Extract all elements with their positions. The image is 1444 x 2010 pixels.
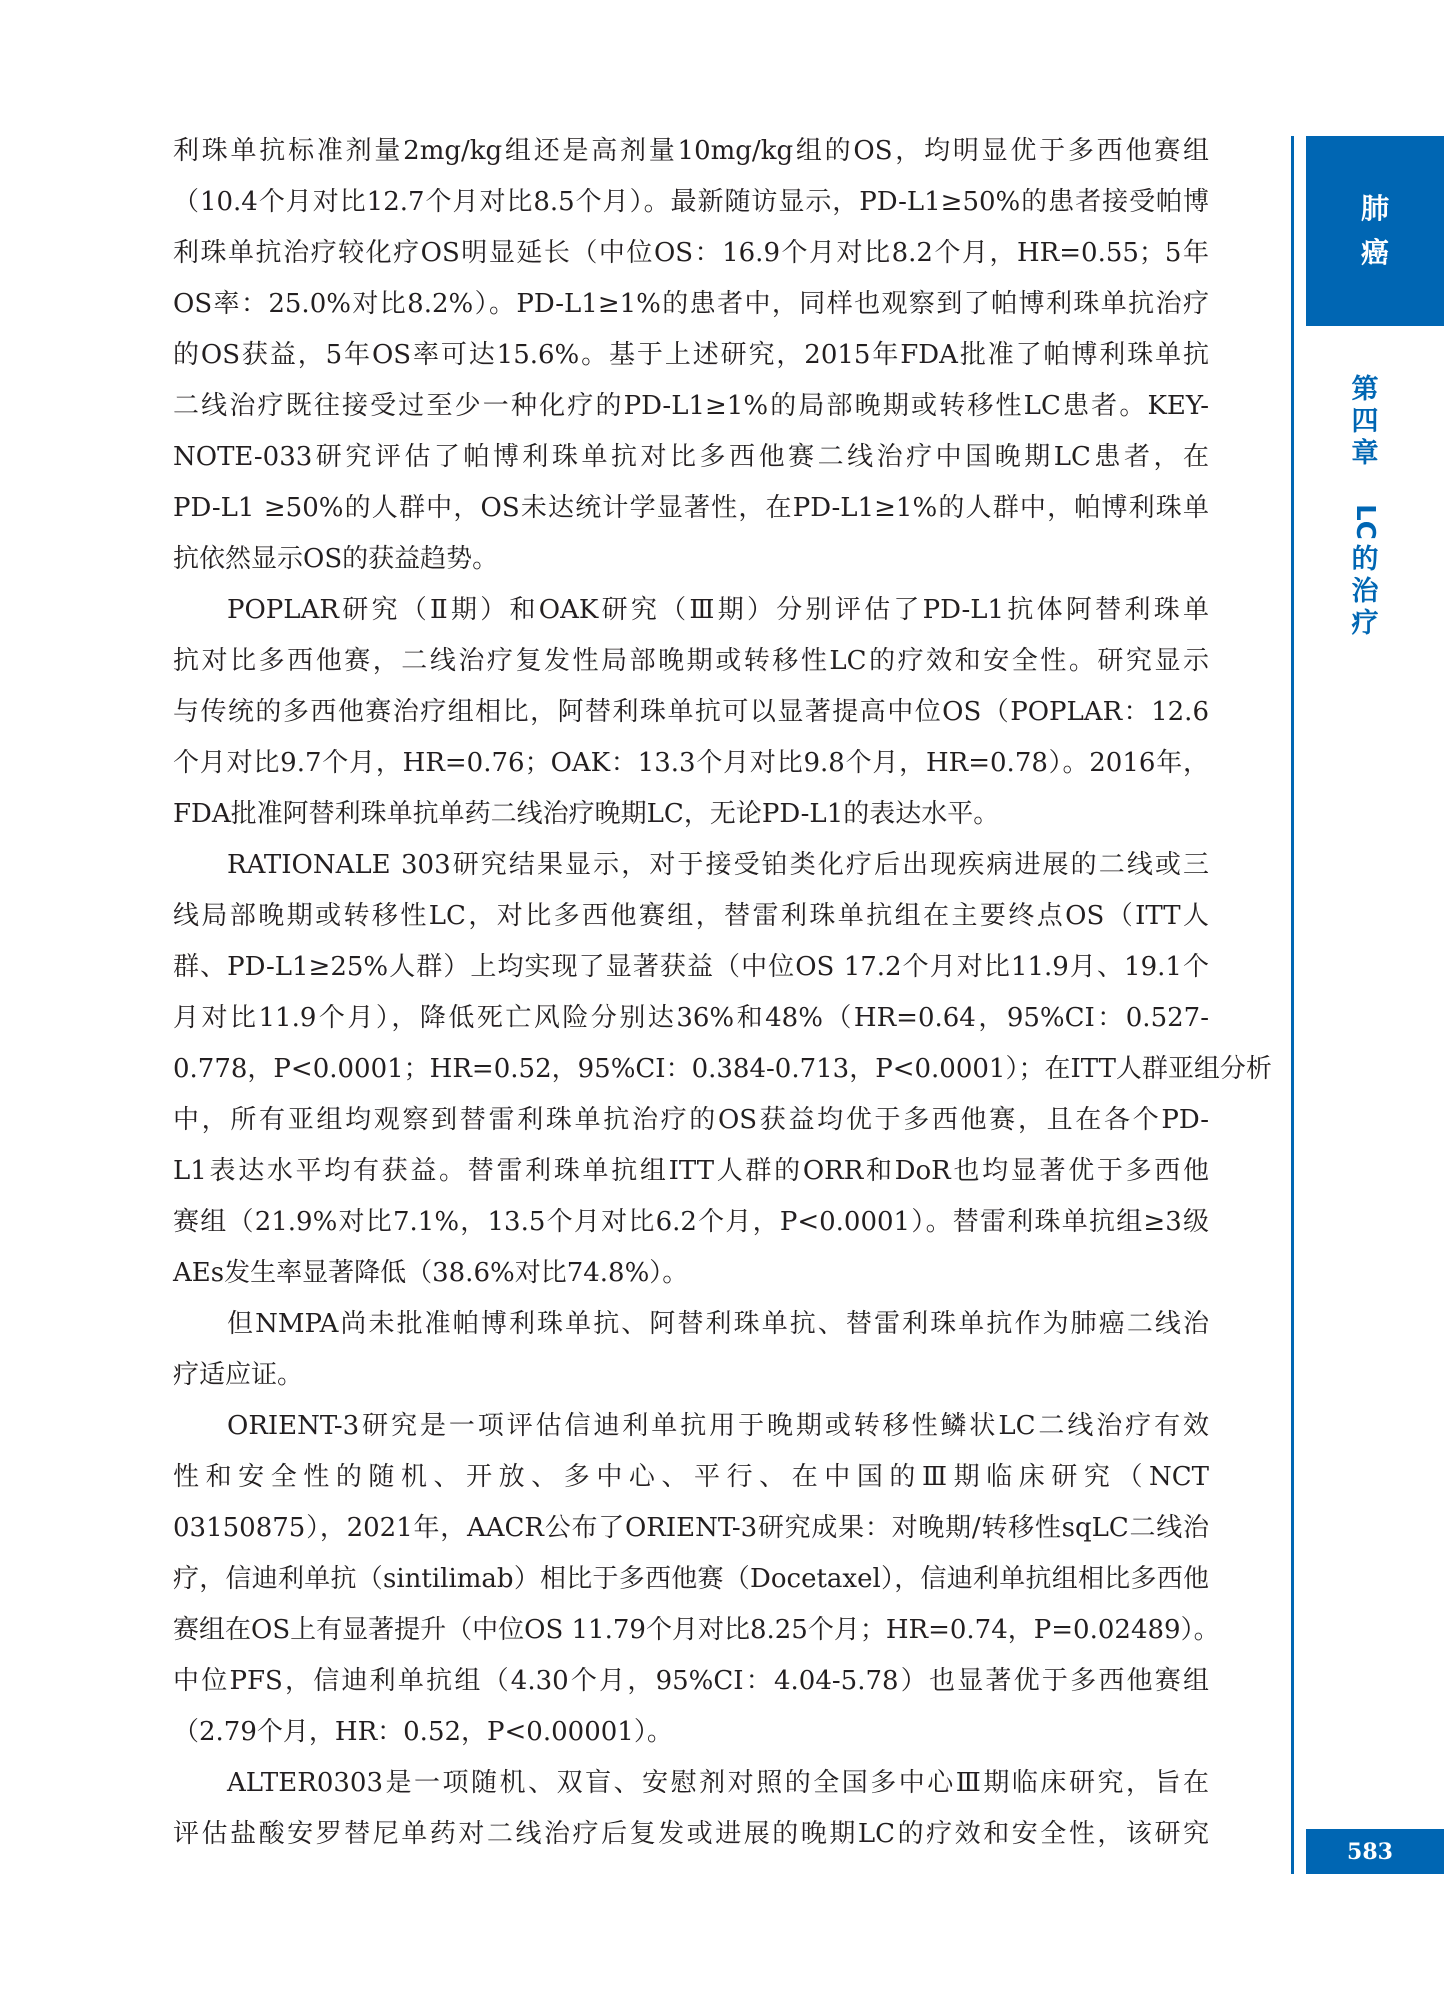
book-title-char: 肺: [1361, 187, 1389, 231]
text-line: OS率：25.0%对比8.2%）。PD-L1≥1%的患者中，同样也观察到了帕博利…: [173, 279, 1209, 330]
chapter-title-char: 治: [1352, 576, 1379, 608]
text-line: L1表达水平均有获益。替雷利珠单抗组ITT人群的ORR和DoR也均显著优于多西他: [173, 1146, 1209, 1197]
text-line: NOTE-033研究评估了帕博利珠单抗对比多西他赛二线治疗中国晚期LC患者，在: [173, 432, 1209, 483]
book-page: 利珠单抗标准剂量2mg/kg组还是高剂量10mg/kg组的OS，均明显优于多西他…: [0, 0, 1444, 2010]
text-line: 利珠单抗标准剂量2mg/kg组还是高剂量10mg/kg组的OS，均明显优于多西他…: [173, 126, 1209, 177]
text-line: 0.778，P<0.0001；HR=0.52，95%CI：0.384-0.713…: [173, 1044, 1209, 1095]
text-line: 疗，信迪利单抗（sintilimab）相比于多西他赛（Docetaxel），信迪…: [173, 1554, 1209, 1605]
chapter-number-char: 四: [1352, 406, 1379, 438]
text-line: 的OS获益，5年OS率可达15.6%。基于上述研究，2015年FDA批准了帕博利…: [173, 330, 1209, 381]
text-line: 二线治疗既往接受过至少一种化疗的PD-L1≥1%的局部晚期或转移性LC患者。KE…: [173, 381, 1209, 432]
text-line: 月对比11.9个月），降低死亡风险分别达36%和48%（HR=0.64，95%C…: [173, 993, 1209, 1044]
text-line: 抗对比多西他赛，二线治疗复发性局部晚期或转移性LC的疗效和安全性。研究显示: [173, 636, 1209, 687]
text-line: AEs发生率显著降低（38.6%对比74.8%）。: [173, 1248, 1209, 1299]
text-line: 赛组（21.9%对比7.1%，13.5个月对比6.2个月，P<0.0001）。替…: [173, 1197, 1209, 1248]
chapter-label: 第 四 章 LC 的 治 疗: [1340, 374, 1390, 640]
text-line: FDA批准阿替利珠单抗单药二线治疗晚期LC，无论PD-L1的表达水平。: [173, 789, 1209, 840]
text-line: 评估盐酸安罗替尼单药对二线治疗后复发或进展的晚期LC的疗效和安全性，该研究: [173, 1809, 1209, 1860]
text-line: （2.79个月，HR：0.52，P<0.00001）。: [173, 1707, 1209, 1758]
body-text: 利珠单抗标准剂量2mg/kg组还是高剂量10mg/kg组的OS，均明显优于多西他…: [173, 126, 1209, 1860]
chapter-number-char: 第: [1352, 374, 1379, 406]
text-line: 利珠单抗治疗较化疗OS明显延长（中位OS：16.9个月对比8.2个月，HR=0.…: [173, 228, 1209, 279]
text-line: （10.4个月对比12.7个月对比8.5个月）。最新随访显示，PD-L1≥50%…: [173, 177, 1209, 228]
chapter-title-char: 疗: [1352, 608, 1379, 640]
text-line: POPLAR研究（Ⅱ期）和OAK研究（Ⅲ期）分别评估了PD-L1抗体阿替利珠单: [173, 585, 1209, 636]
text-line: 性和安全性的随机、开放、多中心、平行、在中国的Ⅲ期临床研究（NCT: [173, 1452, 1209, 1503]
chapter-title-char: 的: [1352, 544, 1379, 576]
text-line: 线局部晚期或转移性LC，对比多西他赛组，替雷利珠单抗组在主要终点OS（ITT人: [173, 891, 1209, 942]
book-title-char: 癌: [1361, 231, 1389, 275]
text-line: 疗适应证。: [173, 1350, 1209, 1401]
book-title-tab: 肺 癌: [1306, 136, 1444, 326]
text-line: 个月对比9.7个月，HR=0.76；OAK：13.3个月对比9.8个月，HR=0…: [173, 738, 1209, 789]
text-line: RATIONALE 303研究结果显示，对于接受铂类化疗后出现疾病进展的二线或三: [173, 840, 1209, 891]
text-line: 03150875），2021年，AACR公布了ORIENT-3研究成果：对晚期/…: [173, 1503, 1209, 1554]
chapter-number: 第 四 章: [1352, 374, 1379, 470]
chapter-title-latin: LC: [1343, 500, 1387, 544]
text-line: 赛组在OS上有显著提升（中位OS 11.79个月对比8.25个月；HR=0.74…: [173, 1605, 1209, 1656]
chapter-title: LC 的 治 疗: [1343, 500, 1387, 640]
margin-rule: [1291, 136, 1294, 1874]
chapter-number-char: 章: [1352, 438, 1379, 470]
text-line: 群、PD-L1≥25%人群）上均实现了显著获益（中位OS 17.2个月对比11.…: [173, 942, 1209, 993]
text-line: 中，所有亚组均观察到替雷利珠单抗治疗的OS获益均优于多西他赛，且在各个PD-: [173, 1095, 1209, 1146]
page-number: 583: [1306, 1829, 1444, 1874]
text-line: 抗依然显示OS的获益趋势。: [173, 534, 1209, 585]
text-line: PD-L1 ≥50%的人群中，OS未达统计学显著性，在PD-L1≥1%的人群中，…: [173, 483, 1209, 534]
text-line: ALTER0303是一项随机、双盲、安慰剂对照的全国多中心Ⅲ期临床研究，旨在: [173, 1758, 1209, 1809]
text-line: 但NMPA尚未批准帕博利珠单抗、阿替利珠单抗、替雷利珠单抗作为肺癌二线治: [173, 1299, 1209, 1350]
text-line: 中位PFS，信迪利单抗组（4.30个月，95%CI：4.04-5.78）也显著优…: [173, 1656, 1209, 1707]
text-line: 与传统的多西他赛治疗组相比，阿替利珠单抗可以显著提高中位OS（POPLAR：12…: [173, 687, 1209, 738]
text-line: ORIENT-3研究是一项评估信迪利单抗用于晚期或转移性鳞状LC二线治疗有效: [173, 1401, 1209, 1452]
